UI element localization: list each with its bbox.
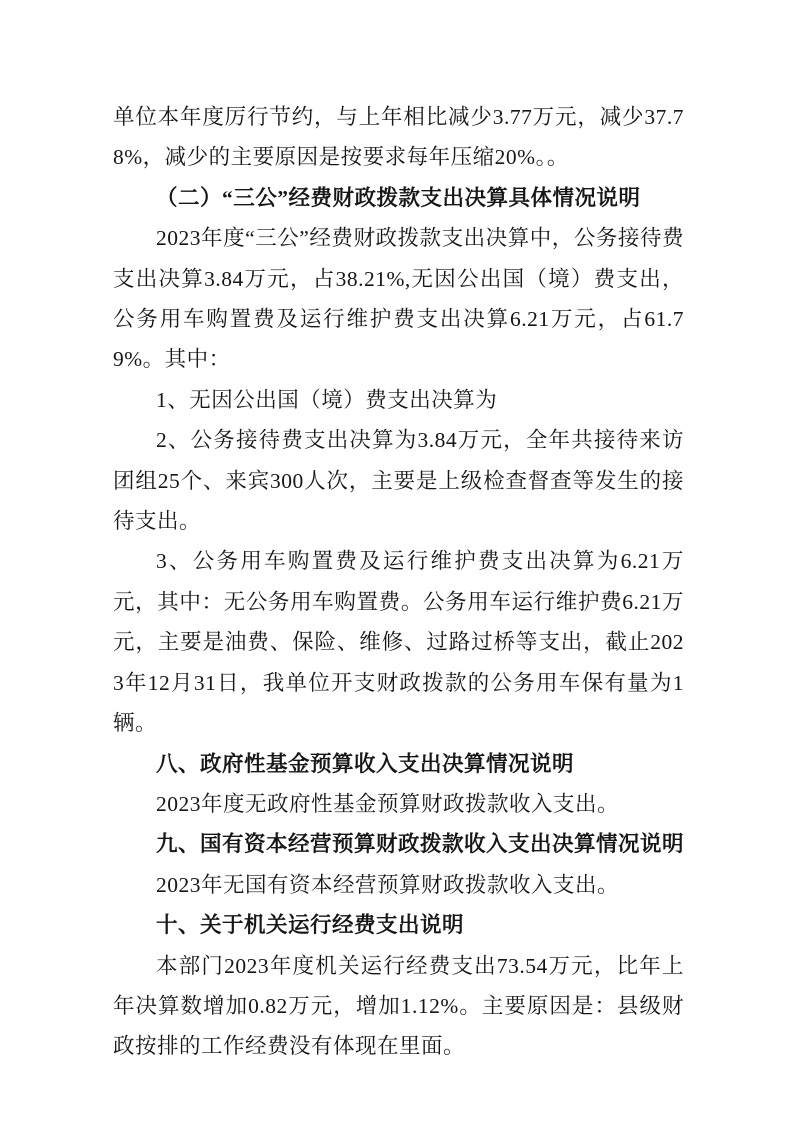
section-heading-9-state-capital-budget: 九、国有资本经营预算财政拨款收入支出决算情况说明 — [113, 824, 684, 864]
section-heading-three-public-expense-detail: （二）“三公”经费财政拨款支出决算具体情况说明 — [113, 178, 684, 218]
paragraph-agency-operating-expense: 本部门2023年度机关运行经费支出73.54万元，比年上年决算数增加0.82万元… — [113, 946, 684, 1067]
paragraph-savings-continuation: 单位本年度厉行节约，与上年相比减少3.77万元，减少37.78%，减少的主要原因… — [113, 97, 684, 178]
document-page: 单位本年度厉行节约，与上年相比减少3.77万元，减少37.78%，减少的主要原因… — [0, 0, 793, 1122]
section-heading-8-government-fund-budget: 八、政府性基金预算收入支出决算情况说明 — [113, 744, 684, 784]
paragraph-item1-overseas-trips: 1、无因公出国（境）费支出决算为 — [113, 380, 684, 420]
paragraph-government-fund-note: 2023年度无政府性基金预算财政拨款收入支出。 — [113, 784, 684, 824]
document-body: 单位本年度厉行节约，与上年相比减少3.77万元，减少37.78%，减少的主要原因… — [113, 97, 684, 1067]
paragraph-item3-official-vehicles: 3、公务用车购置费及运行维护费支出决算为6.21万元，其中：无公务用车购置费。公… — [113, 541, 684, 743]
section-heading-10-agency-operating-expense: 十、关于机关运行经费支出说明 — [113, 905, 684, 945]
paragraph-item2-official-reception: 2、公务接待费支出决算为3.84万元，全年共接待来访团组25个、来宾300人次，… — [113, 420, 684, 541]
paragraph-three-public-overview: 2023年度“三公”经费财政拨款支出决算中，公务接待费支出决算3.84万元，占3… — [113, 218, 684, 380]
paragraph-state-capital-note: 2023年无国有资本经营预算财政拨款收入支出。 — [113, 865, 684, 905]
